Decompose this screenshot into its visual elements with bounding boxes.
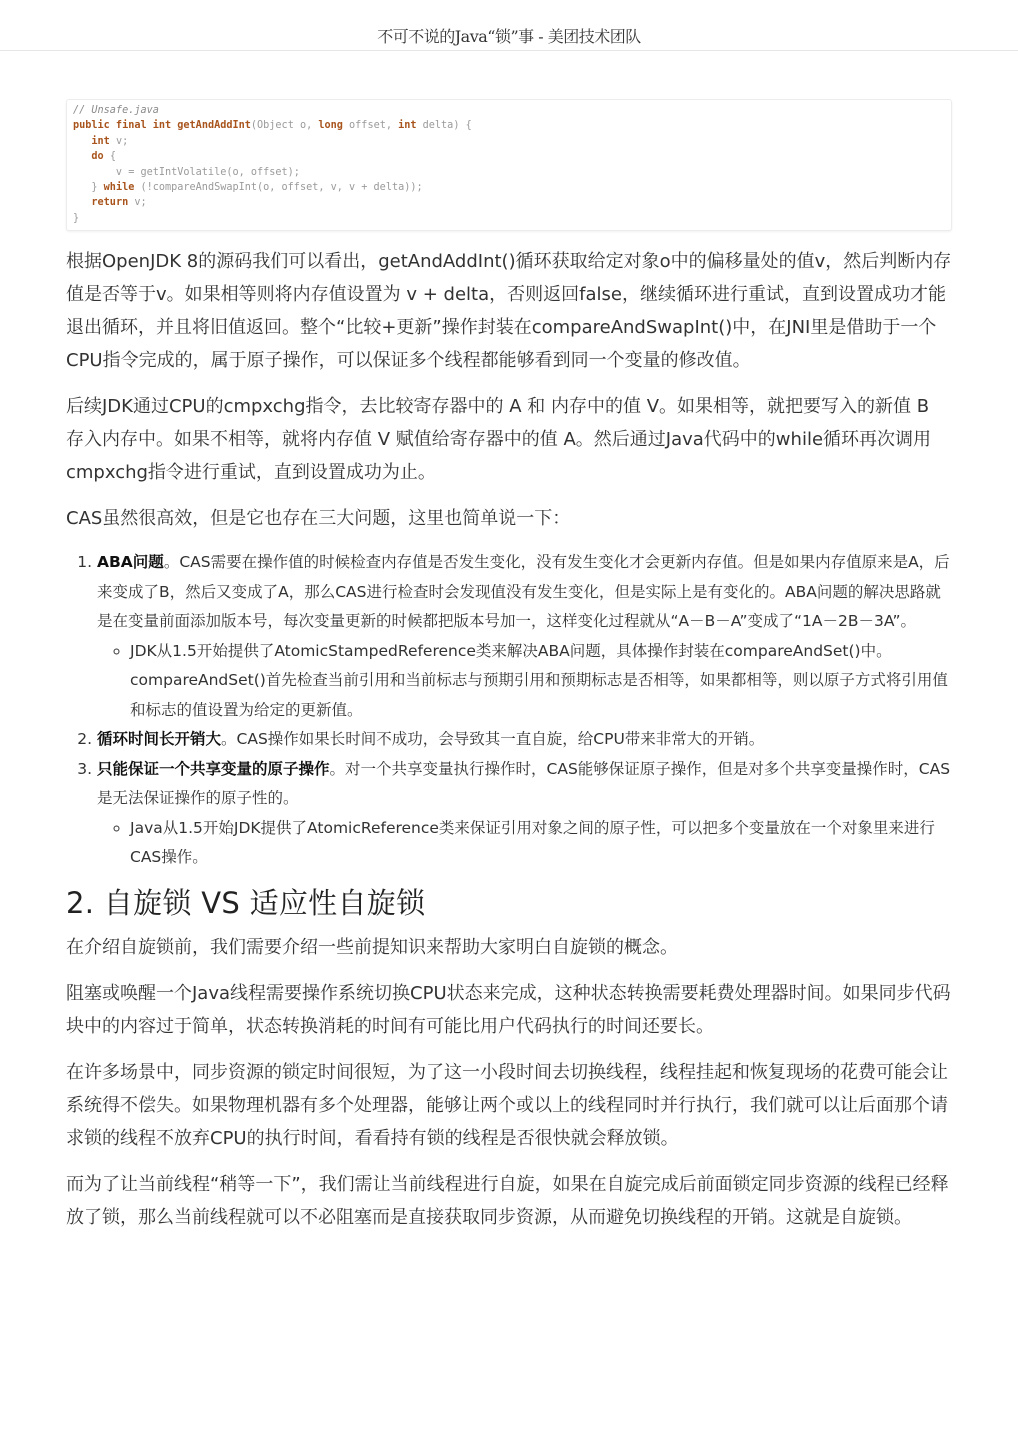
code-token: v; bbox=[110, 136, 128, 147]
sub-list-item: JDK从1.5开始提供了AtomicStampedReference类来解决AB… bbox=[130, 637, 952, 726]
code-token: { bbox=[104, 151, 116, 162]
paragraph-cmpxchg: 后续JDK通过CPU的cmpxchg指令，去比较寄存器中的 A 和 内存中的值 … bbox=[66, 390, 952, 489]
sub-list-item: Java从1.5开始JDK提供了AtomicReference类来保证引用对象之… bbox=[130, 814, 952, 873]
issue-text: 。CAS需要在操作值的时候检查内存值是否发生变化，没有发生变化才会更新内存值。但… bbox=[97, 553, 950, 630]
code-listing: // Unsafe.java public final int getAndAd… bbox=[73, 103, 945, 226]
page-title: 不可不说的Java“锁”事 - 美团技术团队 bbox=[377, 24, 640, 47]
code-token: do bbox=[91, 151, 103, 162]
issue-title: 循环时间长开销大 bbox=[97, 730, 221, 748]
issue-title: 只能保证一个共享变量的原子操作 bbox=[97, 760, 330, 778]
code-token: long bbox=[318, 120, 343, 131]
issue-text: 。CAS操作如果长时间不成功，会导致其一直自旋，给CPU带来非常大的开销。 bbox=[221, 730, 764, 748]
list-item-single-variable: 只能保证一个共享变量的原子操作。对一个共享变量执行操作时，CAS能够保证原子操作… bbox=[97, 755, 952, 873]
code-token: // Unsafe.java bbox=[73, 105, 159, 116]
paragraph-spinlock-definition: 而为了让当前线程“稍等一下”，我们需让当前线程进行自旋，如果在自旋完成后前面锁定… bbox=[66, 1168, 952, 1234]
paragraph-getandaddint: 根据OpenJDK 8的源码我们可以看出，getAndAddInt()循环获取给… bbox=[66, 245, 952, 377]
code-token: int bbox=[91, 136, 109, 147]
article-content: // Unsafe.java public final int getAndAd… bbox=[66, 99, 952, 1247]
code-token bbox=[73, 136, 91, 147]
code-token: } bbox=[73, 213, 79, 224]
code-token: getAndAddInt bbox=[177, 120, 251, 131]
list-item-spin-cost: 循环时间长开销大。CAS操作如果长时间不成功，会导致其一直自旋，给CPU带来非常… bbox=[97, 725, 952, 755]
sub-list: Java从1.5开始JDK提供了AtomicReference类来保证引用对象之… bbox=[97, 814, 952, 873]
code-token: v = getIntVolatile(o, offset); bbox=[73, 167, 300, 178]
code-token: v; bbox=[128, 197, 146, 208]
code-token: delta) { bbox=[417, 120, 472, 131]
code-token: return bbox=[91, 197, 128, 208]
page-header: 不可不说的Java“锁”事 - 美团技术团队 bbox=[0, 0, 1018, 51]
code-token: (!compareAndSwapInt(o, offset, v, v + de… bbox=[134, 182, 422, 193]
code-token: int bbox=[398, 120, 416, 131]
code-block: // Unsafe.java public final int getAndAd… bbox=[66, 99, 952, 231]
code-token: } bbox=[73, 182, 104, 193]
paragraph-blocking-cost: 阻塞或唤醒一个Java线程需要操作系统切换CPU状态来完成，这种状态转换需要耗费… bbox=[66, 977, 952, 1043]
cas-issues-list: ABA问题。CAS需要在操作值的时候检查内存值是否发生变化，没有发生变化才会更新… bbox=[66, 548, 952, 873]
section-heading: 2. 自旋锁 VS 适应性自旋锁 bbox=[66, 883, 952, 923]
sub-list: JDK从1.5开始提供了AtomicStampedReference类来解决AB… bbox=[97, 637, 952, 726]
code-token bbox=[73, 197, 91, 208]
paragraph-spinlock-intro: 在介绍自旋锁前，我们需要介绍一些前提知识来帮助大家明白自旋锁的概念。 bbox=[66, 931, 952, 964]
issue-title: ABA问题 bbox=[97, 553, 164, 571]
code-token: public final int bbox=[73, 120, 177, 131]
code-token: offset, bbox=[343, 120, 398, 131]
code-token bbox=[73, 151, 91, 162]
code-token: (Object o, bbox=[251, 120, 318, 131]
paragraph-cas-problems-intro: CAS虽然很高效，但是它也存在三大问题，这里也简单说一下： bbox=[66, 502, 952, 535]
list-item-aba: ABA问题。CAS需要在操作值的时候检查内存值是否发生变化，没有发生变化才会更新… bbox=[97, 548, 952, 725]
paragraph-short-lock: 在许多场景中，同步资源的锁定时间很短，为了这一小段时间去切换线程，线程挂起和恢复… bbox=[66, 1056, 952, 1155]
code-token: while bbox=[104, 182, 135, 193]
